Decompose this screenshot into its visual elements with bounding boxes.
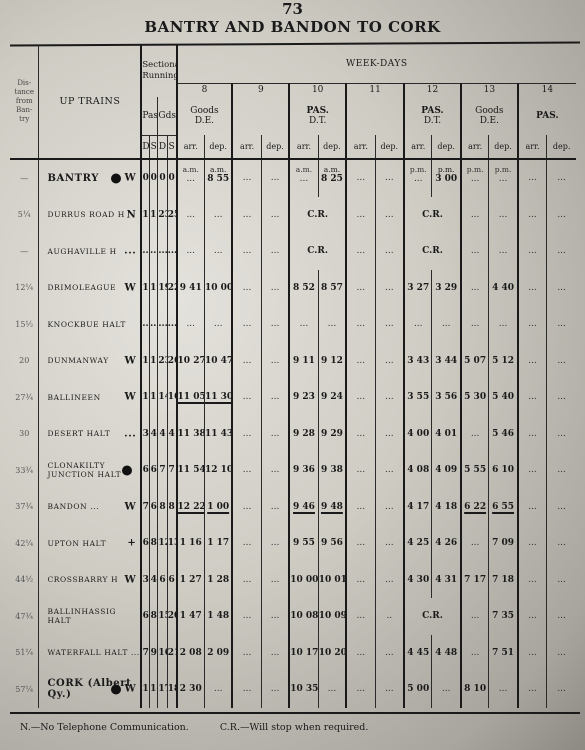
am-pm-label: a.m. xyxy=(205,166,231,174)
time-value: ... xyxy=(385,356,394,366)
train-number-header: 10 xyxy=(289,83,346,97)
departure-time-cell: ... xyxy=(204,671,232,708)
train-number-header: 8 xyxy=(177,83,233,97)
time-value: 10 20 xyxy=(319,648,346,658)
train-type-header: PAS.D.T. xyxy=(404,97,461,135)
arrival-time-cell: ... xyxy=(346,379,375,416)
time-value: 5 00 xyxy=(407,684,429,694)
am-pm-label: p.m. xyxy=(462,166,488,174)
departure-time-cell: ... xyxy=(375,525,404,562)
time-value: 6 10 xyxy=(492,465,514,475)
arrival-time-cell: ... xyxy=(461,270,489,307)
time-value: ... xyxy=(528,502,537,512)
station-row: 51¼WATERFALL HALT ...7916212 082 09.....… xyxy=(10,635,576,672)
time-value: ... xyxy=(243,611,252,621)
station-name-cell: BANDON ...W xyxy=(39,489,141,526)
time-value: ... xyxy=(528,575,537,585)
time-value: ... xyxy=(499,684,508,694)
dep-header: dep. xyxy=(489,135,518,159)
distance-cell: — xyxy=(10,159,39,197)
arrival-time-cell: p.m.... xyxy=(461,159,489,197)
station-mark-letter: + xyxy=(127,538,136,549)
train-type-label: PAS. xyxy=(290,106,345,116)
train-type-header xyxy=(346,97,404,135)
time-value: 9 48 xyxy=(321,502,343,512)
station-mark: ... xyxy=(124,246,136,257)
arrival-time-cell: ... xyxy=(518,233,547,270)
time-value: ... xyxy=(271,283,280,293)
time-value: C.R. xyxy=(422,611,443,621)
departure-time-cell: ... xyxy=(261,233,289,270)
arrival-time-cell: ... xyxy=(461,598,489,635)
time-value: ... xyxy=(414,319,423,329)
train-type-label: Goods xyxy=(178,106,232,116)
station-name-cell: UPTON HALT+ xyxy=(39,525,141,562)
time-value: ... xyxy=(385,502,394,512)
sectional-running-cell: 12 xyxy=(158,525,167,562)
time-value: 10 08 xyxy=(290,611,318,621)
arrival-time-cell: 9 23 xyxy=(289,379,318,416)
station-name: DRIMOLEAGUE xyxy=(47,283,116,292)
sectional-running-cell: 10 xyxy=(141,379,149,416)
station-name: DUNMANWAY xyxy=(47,356,108,365)
time-value: ... xyxy=(471,246,480,256)
time-value: 2 08 xyxy=(180,648,202,658)
distance-cell: 57¼ xyxy=(10,671,39,708)
arrival-time-cell: 11 38 xyxy=(177,416,205,453)
sectional-running-cell: 18 xyxy=(167,671,176,708)
arrival-time-cell: 8 52 xyxy=(289,270,318,307)
time-value: 9 29 xyxy=(321,429,343,439)
time-value: ... xyxy=(243,465,252,475)
station-name-cell: BANTRYW xyxy=(39,159,141,197)
sectional-running-cell: 15 xyxy=(150,343,158,380)
time-value: 10 35 xyxy=(290,684,318,694)
time-value: 11 30 xyxy=(205,392,232,402)
departure-time-cell: ... xyxy=(318,306,346,343)
departure-time-cell: ... xyxy=(375,159,404,197)
arrival-time-cell: ... xyxy=(518,270,547,307)
train-type-header: PAS.D.T. xyxy=(289,97,346,135)
note-no-telephone: N.—No Telephone Communication. xyxy=(20,722,189,733)
time-value: C.R. xyxy=(422,210,443,220)
sectional-running-cell: 15 xyxy=(158,598,167,635)
departure-time-cell: ... xyxy=(261,452,289,489)
am-pm-label: a.m. xyxy=(178,166,204,174)
station-name-cell: DRIMOLEAGUEW xyxy=(39,270,141,307)
arrival-time-cell: 9 36 xyxy=(289,452,318,489)
time-value: ... xyxy=(357,684,366,694)
departure-time-cell: 4 18 xyxy=(432,489,461,526)
departure-time-cell: 7 35 xyxy=(489,598,518,635)
time-value: 4 09 xyxy=(435,465,457,475)
station-mark: W xyxy=(111,684,137,695)
arrival-time-cell: 4 17 xyxy=(404,489,432,526)
station-name: DURRUS ROAD H xyxy=(47,210,124,219)
sectional-running-cell: 19 xyxy=(150,270,158,307)
arrival-time-cell: ... xyxy=(232,489,261,526)
arrival-time-cell: 10 17 xyxy=(289,635,318,672)
sectional-running-cell: 23 xyxy=(158,197,167,234)
train-sub-label: D.T. xyxy=(405,116,460,126)
arrival-time-cell: ... xyxy=(518,306,547,343)
arrival-time-cell: 5 55 xyxy=(461,452,489,489)
arrival-time-cell: C.R. xyxy=(404,197,461,234)
distance-cell: 15½ xyxy=(10,306,39,343)
arrival-time-cell: p.m.... xyxy=(404,159,432,197)
arrival-time-cell: ... xyxy=(232,598,261,635)
sectional-running-cell: ... xyxy=(167,306,176,343)
time-value: 4 17 xyxy=(407,502,429,512)
time-value: 8 57 xyxy=(321,283,343,293)
departure-time-cell: ... xyxy=(375,306,404,343)
time-value: ... xyxy=(385,648,394,658)
arrival-time-cell: ... xyxy=(346,416,375,453)
arrival-time-cell: ... xyxy=(518,562,547,599)
sectional-running-cell: 8 xyxy=(150,598,158,635)
time-value: ... xyxy=(557,173,566,183)
time-value: 6 55 xyxy=(492,502,514,512)
pas-s-header: S xyxy=(150,135,158,159)
sectional-running-cell: 8 xyxy=(158,489,167,526)
time-value: ... xyxy=(528,611,537,621)
time-value: ... xyxy=(528,319,537,329)
arrival-time-cell: 10 08 xyxy=(289,598,318,635)
time-value: ... xyxy=(557,319,566,329)
time-value: ... xyxy=(186,174,195,184)
arrival-time-cell: 6 22 xyxy=(461,489,489,526)
departure-time-cell: ... xyxy=(547,671,576,708)
bottom-rule xyxy=(10,712,580,714)
time-value: ... xyxy=(557,502,566,512)
departure-time-cell: ... xyxy=(547,159,576,197)
distance-header: Dis- tance from Ban- try xyxy=(10,45,39,159)
am-pm-label: a.m. xyxy=(290,166,317,174)
time-value: ... xyxy=(243,648,252,658)
station-name: AUGHAVILLE H xyxy=(47,247,116,256)
arrival-time-cell: ... xyxy=(232,562,261,599)
train-type-header: PAS. xyxy=(518,97,576,135)
departure-time-cell: 4 09 xyxy=(432,452,461,489)
time-value: ... xyxy=(271,648,280,658)
station-mark-letter: W xyxy=(125,173,137,184)
time-value: 9 41 xyxy=(180,283,202,293)
departure-time-cell: 1 00 xyxy=(204,489,232,526)
time-value: C.R. xyxy=(307,246,328,256)
time-value: ... xyxy=(243,429,252,439)
arrival-time-cell: ... xyxy=(518,159,547,197)
station-name: UPTON HALT xyxy=(47,539,106,548)
station-name-cell: DURRUS ROAD HN xyxy=(39,197,141,234)
time-value: ... xyxy=(243,538,252,548)
time-value: 9 28 xyxy=(293,429,315,439)
time-value: ... xyxy=(214,210,223,220)
distance-cell: 27¾ xyxy=(10,379,39,416)
departure-time-cell: 11 43 xyxy=(204,416,232,453)
time-value: ... xyxy=(385,173,394,183)
sectional-running-cell: 8 xyxy=(150,525,158,562)
time-value: 12 22 xyxy=(178,502,205,512)
train-sub-label: D.E. xyxy=(462,116,517,126)
sectional-running-cell: 6 xyxy=(167,562,176,599)
arrival-time-cell: a.m.... xyxy=(177,159,205,197)
departure-time-cell: 9 38 xyxy=(318,452,346,489)
departure-time-cell: ... xyxy=(432,306,461,343)
train-number-header: 13 xyxy=(461,83,518,97)
arrival-time-cell: 4 08 xyxy=(404,452,432,489)
arrival-time-cell: ... xyxy=(346,598,375,635)
arrival-time-cell: ... xyxy=(289,306,318,343)
arrival-time-cell: 2 30 xyxy=(177,671,205,708)
time-value: ... xyxy=(528,246,537,256)
departure-time-cell: ... xyxy=(375,197,404,234)
departure-time-cell: 4 31 xyxy=(432,562,461,599)
departure-time-cell: ... xyxy=(261,635,289,672)
sectional-running-cell: 7 xyxy=(141,489,149,526)
station-name: BANTRY xyxy=(47,173,99,184)
station-row: 20DUNMANWAYW1315232610 2710 47......9 11… xyxy=(10,343,576,380)
time-value: 9 23 xyxy=(293,392,315,402)
time-value: ... xyxy=(243,246,252,256)
arrival-time-cell: 1 16 xyxy=(177,525,205,562)
am-pm-label: p.m. xyxy=(489,166,516,174)
page-number: 73 xyxy=(0,0,585,18)
time-value: ... xyxy=(271,356,280,366)
station-row: 37¾BANDON ...W768812 221 00......9 469 4… xyxy=(10,489,576,526)
arrival-time-cell: 3 43 xyxy=(404,343,432,380)
distance-cell: 33¾ xyxy=(10,452,39,489)
time-value: 9 24 xyxy=(321,392,343,402)
sectional-running-cell: 20 xyxy=(167,598,176,635)
arrival-time-cell: C.R. xyxy=(289,233,346,270)
arrival-time-cell: 2 08 xyxy=(177,635,205,672)
time-value: ... xyxy=(214,684,223,694)
time-value: ... xyxy=(243,319,252,329)
time-value: ... xyxy=(528,392,537,402)
sectional-running-cell: ... xyxy=(141,233,149,270)
departure-time-cell: 9 24 xyxy=(318,379,346,416)
time-value: ... xyxy=(499,210,508,220)
distance-cell: — xyxy=(10,233,39,270)
am-pm-label: p.m. xyxy=(432,166,459,174)
time-value: 4 26 xyxy=(435,538,457,548)
train-sub-label: D.T. xyxy=(290,116,345,126)
time-value: ... xyxy=(528,173,537,183)
departure-time-cell: ... xyxy=(261,379,289,416)
departure-time-cell: ... xyxy=(375,635,404,672)
sectional-running-cell: 3 xyxy=(141,562,149,599)
station-row: 12¼DRIMOLEAGUEW121919229 4110 00......8 … xyxy=(10,270,576,307)
station-name: KNOCKBUE HALT xyxy=(47,320,125,329)
departure-time-cell: 1 28 xyxy=(204,562,232,599)
time-value: 4 45 xyxy=(407,648,429,658)
time-value: ... xyxy=(385,392,394,402)
arr-header: arr. xyxy=(177,135,205,159)
arrival-time-cell: 9 28 xyxy=(289,416,318,453)
departure-time-cell: ... xyxy=(547,525,576,562)
distance-cell: 20 xyxy=(10,343,39,380)
time-value: 7 51 xyxy=(492,648,514,658)
time-value: ... xyxy=(357,319,366,329)
sectional-running-cell: 6 xyxy=(141,452,149,489)
arrival-time-cell: ... xyxy=(518,197,547,234)
arrival-time-cell: 1 47 xyxy=(177,598,205,635)
station-mark: N xyxy=(127,209,137,220)
arrival-time-cell: ... xyxy=(232,671,261,708)
arr-header: arr. xyxy=(232,135,261,159)
arrival-time-cell: ... xyxy=(346,525,375,562)
departure-time-cell: 10 47 xyxy=(204,343,232,380)
departure-time-cell: 9 48 xyxy=(318,489,346,526)
time-value: 11 43 xyxy=(205,429,232,439)
time-value: 1 47 xyxy=(180,611,202,621)
time-value: ... xyxy=(300,174,309,184)
sectional-running-cell: 23 xyxy=(158,343,167,380)
arrival-time-cell: 5 07 xyxy=(461,343,489,380)
departure-time-cell: ... xyxy=(261,562,289,599)
departure-time-cell: ... xyxy=(375,270,404,307)
time-value: ... xyxy=(357,611,366,621)
arrival-time-cell: ... xyxy=(518,343,547,380)
station-name: CLONAKILTY JUNCTION HALT xyxy=(47,461,121,479)
departure-time-cell: ... xyxy=(547,379,576,416)
arrival-time-cell: ... xyxy=(232,159,261,197)
arrival-time-cell: ... xyxy=(518,416,547,453)
sectional-running-cell: ... xyxy=(158,233,167,270)
time-value: ... xyxy=(243,502,252,512)
arrival-time-cell: ... xyxy=(346,489,375,526)
time-value: ... xyxy=(271,502,280,512)
time-value: ... xyxy=(557,246,566,256)
departure-time-cell: 10 20 xyxy=(318,635,346,672)
departure-time-cell: 7 51 xyxy=(489,635,518,672)
departure-time-cell: ... xyxy=(261,306,289,343)
distance-cell: 37¾ xyxy=(10,489,39,526)
time-value: ... xyxy=(357,283,366,293)
pas-header: Pas. xyxy=(141,97,158,135)
sectional-running-cell: 4 xyxy=(167,416,176,453)
departure-time-cell: ... xyxy=(261,159,289,197)
departure-time-cell: ... xyxy=(547,270,576,307)
sectional-running-cell: ... xyxy=(150,306,158,343)
arrival-time-cell: ... xyxy=(518,525,547,562)
dep-header: dep. xyxy=(261,135,289,159)
sectional-running-cell: 16 xyxy=(158,635,167,672)
time-value: 6 22 xyxy=(464,502,486,512)
arr-header: arr. xyxy=(461,135,489,159)
time-value: ... xyxy=(385,283,394,293)
time-value: 10 17 xyxy=(290,648,318,658)
arrival-time-cell: 5 30 xyxy=(461,379,489,416)
time-value: 4 01 xyxy=(435,429,457,439)
arrival-time-cell: ... xyxy=(232,379,261,416)
time-value: 4 18 xyxy=(435,502,457,512)
time-value: ... xyxy=(385,246,394,256)
time-value: 5 40 xyxy=(492,392,514,402)
station-name-cell: CROSSBARRY HW xyxy=(39,562,141,599)
train-number-header: 12 xyxy=(404,83,461,97)
departure-time-cell: 10 00 xyxy=(204,270,232,307)
time-value: ... xyxy=(528,210,537,220)
weekdays-header: WEEK-DAYS xyxy=(177,45,576,83)
arrival-time-cell: C.R. xyxy=(404,233,461,270)
arrival-time-cell: ... xyxy=(232,197,261,234)
arrival-time-cell: ... xyxy=(346,562,375,599)
dep-header: dep. xyxy=(547,135,576,159)
station-name-cell: DESERT HALT... xyxy=(39,416,141,453)
dep-header: dep. xyxy=(204,135,232,159)
sectional-running-cell: ... xyxy=(150,233,158,270)
train-type-header: GoodsD.E. xyxy=(177,97,233,135)
time-value: 9 46 xyxy=(293,502,315,512)
time-value: ... xyxy=(557,429,566,439)
time-value: ... xyxy=(243,684,252,694)
departure-time-cell: 3 29 xyxy=(432,270,461,307)
time-value: ... xyxy=(271,429,280,439)
arrival-time-cell: 4 45 xyxy=(404,635,432,672)
arrival-time-cell: ... xyxy=(518,598,547,635)
time-value: 10 09 xyxy=(319,611,346,621)
time-value: ... xyxy=(271,319,280,329)
time-value: ... xyxy=(471,174,480,184)
time-value: ... xyxy=(357,246,366,256)
arrival-time-cell: ... xyxy=(232,233,261,270)
time-value: 1 27 xyxy=(180,575,202,585)
departure-time-cell: ... xyxy=(489,671,518,708)
sectional-running-cell: 17 xyxy=(158,671,167,708)
departure-time-cell: ... xyxy=(547,416,576,453)
arrival-time-cell: ... xyxy=(346,635,375,672)
station-row: 57¼CORK (Albert Qy.)W111417182 30.......… xyxy=(10,671,576,708)
time-value: ... xyxy=(243,356,252,366)
station-mark-letter: W xyxy=(125,355,137,366)
time-value: ... xyxy=(328,684,337,694)
station-mark: ... xyxy=(124,428,136,439)
arrival-time-cell: ... xyxy=(461,525,489,562)
station-name-cell: CLONAKILTY JUNCTION HALT xyxy=(39,452,141,489)
station-mark-letter: W xyxy=(125,574,137,585)
time-value: 5 07 xyxy=(464,356,486,366)
arrival-time-cell: ... xyxy=(461,233,489,270)
time-value: 3 43 xyxy=(407,356,429,366)
arrival-time-cell: 9 46 xyxy=(289,489,318,526)
departure-time-cell: ... xyxy=(547,197,576,234)
gds-d-header: D xyxy=(158,135,167,159)
arr-header: arr. xyxy=(518,135,547,159)
arrival-time-cell: a.m.... xyxy=(289,159,318,197)
arrival-time-cell: ... xyxy=(177,197,205,234)
arrival-time-cell: 9 11 xyxy=(289,343,318,380)
time-value: 8 10 xyxy=(464,684,486,694)
departure-time-cell: 5 46 xyxy=(489,416,518,453)
time-value: ... xyxy=(385,538,394,548)
time-value: 11 05 xyxy=(178,392,205,402)
time-value: 10 47 xyxy=(205,356,232,366)
time-value: 10 00 xyxy=(205,283,232,293)
time-value: ... xyxy=(357,429,366,439)
sectional-running-cell: 13 xyxy=(141,343,149,380)
sectional-running-cell: 12 xyxy=(141,270,149,307)
station-row: 42¼UPTON HALT+6812131 161 17......9 559 … xyxy=(10,525,576,562)
arrival-time-cell: C.R. xyxy=(289,197,346,234)
time-value: 9 38 xyxy=(321,465,343,475)
departure-time-cell: 9 29 xyxy=(318,416,346,453)
time-value: ... xyxy=(271,684,280,694)
sectional-running-cell: ... xyxy=(158,306,167,343)
station-name-cell: WATERFALL HALT ... xyxy=(39,635,141,672)
departure-time-cell: 5 12 xyxy=(489,343,518,380)
time-value: ... xyxy=(528,283,537,293)
